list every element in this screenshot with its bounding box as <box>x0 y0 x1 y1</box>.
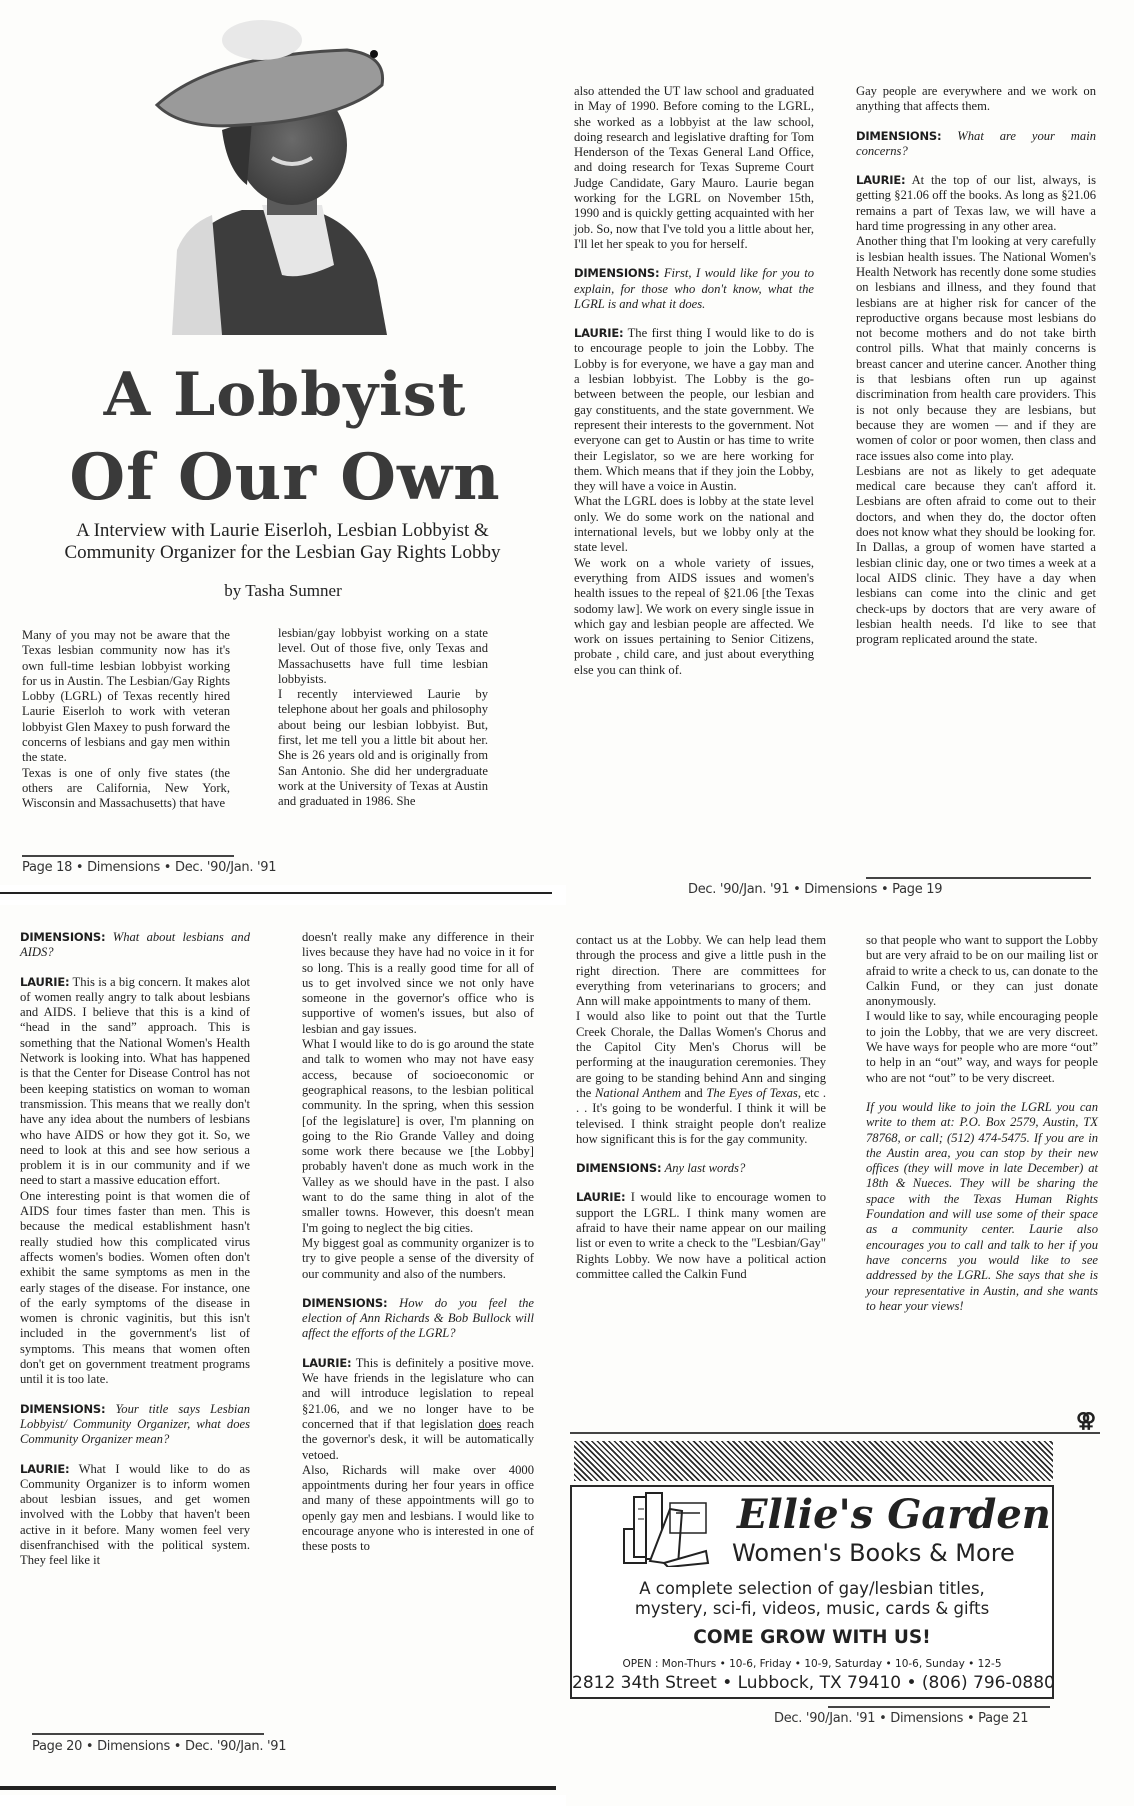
store-address: 2812 34th Street • Lubbock, TX 79410 • (… <box>572 1673 1052 1693</box>
song-title: The Eyes of Texas <box>706 1086 797 1100</box>
answer: LAURIE: This is definitely a positive mo… <box>302 1356 534 1463</box>
contact-note: If you would like to join the LGRL you c… <box>866 1100 1098 1314</box>
question: DIMENSIONS: What are your main concerns? <box>856 129 1096 160</box>
ellies-garden-ad: Ellie's Garden Women's Books & More A co… <box>570 1485 1054 1699</box>
speaker-label: DIMENSIONS: <box>20 1402 105 1416</box>
paragraph: What the LGRL does is lobby at the state… <box>574 494 814 555</box>
paragraph: also attended the UT law school and grad… <box>574 84 814 252</box>
answer: LAURIE: This is a big concern. It makes … <box>20 975 250 1189</box>
paragraph: I would like to say, while encouraging p… <box>866 1009 1098 1085</box>
paragraph: contact us at the Lobby. We can help lea… <box>576 933 826 1009</box>
paragraph: My biggest goal as community organizer i… <box>302 1236 534 1282</box>
paragraph: Many of you may not be aware that the Te… <box>22 628 230 766</box>
books-illustration-icon <box>620 1489 710 1567</box>
paragraph: Lesbians are not as likely to get adequa… <box>856 464 1096 540</box>
column-1: also attended the UT law school and grad… <box>574 84 814 678</box>
question-text: Any last words? <box>665 1161 746 1175</box>
paragraph: What I would like to do is go around the… <box>302 1037 534 1236</box>
answer: LAURIE: I would like to encourage women … <box>576 1190 826 1282</box>
paragraph: doesn't really make any difference in th… <box>302 930 534 1037</box>
byline: by Tasha Sumner <box>0 581 566 601</box>
article-title-line1: A Lobbyist <box>20 360 550 430</box>
column-2: lesbian/gay lobbyist working on a state … <box>278 626 488 810</box>
speaker-label: DIMENSIONS: <box>574 266 659 280</box>
column-2: so that people who want to support the L… <box>866 933 1098 1314</box>
paragraph: Also, Richards will make over 4000 appoi… <box>302 1463 534 1555</box>
description-line: mystery, sci-fi, videos, music, cards & … <box>572 1599 1052 1619</box>
speaker-label: DIMENSIONS: <box>20 930 105 944</box>
footer-rule <box>32 1733 264 1735</box>
female-symbol-icon: ⚢ <box>1076 1408 1096 1433</box>
article-title-line2: Of Our Own <box>10 440 560 516</box>
paragraph: lesbian/gay lobbyist working on a state … <box>278 626 488 687</box>
store-hours: OPEN : Mon-Thurs • 10-6, Friday • 10-9, … <box>572 1658 1052 1670</box>
column-2: doesn't really make any difference in th… <box>302 930 534 1555</box>
page-18: A Lobbyist Of Our Own A Interview with L… <box>0 0 566 885</box>
paragraph: I would also like to point out that the … <box>576 1009 826 1147</box>
column-2: Gay people are everywhere and we work on… <box>856 84 1096 647</box>
answer: LAURIE: The first thing I would like to … <box>574 326 814 494</box>
page-divider <box>0 1786 556 1790</box>
call-to-action: COME GROW WITH US! <box>572 1627 1052 1648</box>
paragraph: I recently interviewed Laurie by telepho… <box>278 687 488 809</box>
question: DIMENSIONS: What about lesbians and AIDS… <box>20 930 250 961</box>
song-title: National Anthem <box>595 1086 681 1100</box>
paragraph: Gay people are everywhere and we work on… <box>856 84 1096 115</box>
paragraph: so that people who want to support the L… <box>866 933 1098 1009</box>
portrait-photo-icon <box>152 10 402 335</box>
paragraph: Another thing that I'm looking at very c… <box>856 234 1096 463</box>
page-footer: Dec. '90/Jan. '91 • Dimensions • Page 19 <box>688 882 942 897</box>
footer-rule <box>22 855 234 857</box>
speaker-label: LAURIE: <box>856 173 905 187</box>
column-1: contact us at the Lobby. We can help lea… <box>576 933 826 1282</box>
store-name: Ellie's Garden <box>737 1491 1051 1538</box>
speaker-label: LAURIE: <box>576 1190 625 1204</box>
speaker-label: DIMENSIONS: <box>856 129 941 143</box>
footer-rule <box>866 877 1091 879</box>
description-line: A complete selection of gay/lesbian titl… <box>572 1579 1052 1599</box>
store-tagline: Women's Books & More <box>732 1539 1015 1567</box>
speaker-label: LAURIE: <box>574 326 623 340</box>
answer-text: What I would like to do as Community Org… <box>20 1462 250 1568</box>
answer-text: The first thing I would like to do is to… <box>574 326 814 493</box>
speaker-label: DIMENSIONS: <box>576 1161 661 1175</box>
page-footer: Dec. '90/Jan. '91 • Dimensions • Page 21 <box>774 1711 1028 1726</box>
paragraph: Texas is one of only five states (the ot… <box>22 766 230 812</box>
question: DIMENSIONS: How do you feel the election… <box>302 1296 534 1342</box>
footer-rule <box>828 1706 1050 1708</box>
column-1: Many of you may not be aware that the Te… <box>22 628 230 812</box>
section-rule <box>570 1432 1100 1434</box>
portrait-photo <box>152 10 402 335</box>
page-footer: Page 18 • Dimensions • Dec. '90/Jan. '91 <box>22 860 276 875</box>
paragraph: We work on a whole variety of issues, ev… <box>574 556 814 678</box>
speaker-label: DIMENSIONS: <box>302 1296 387 1310</box>
page-footer: Page 20 • Dimensions • Dec. '90/Jan. '91 <box>32 1739 286 1754</box>
question: DIMENSIONS: Any last words? <box>576 1161 826 1176</box>
page-20: DIMENSIONS: What about lesbians and AIDS… <box>0 905 566 1795</box>
answer-text: This is a big concern. It makes alot of … <box>20 975 250 1188</box>
question: DIMENSIONS: First, I would like for you … <box>574 266 814 312</box>
emphasis-underline: does <box>478 1417 501 1431</box>
paragraph-text: and <box>685 1086 703 1100</box>
page-19: also attended the UT law school and grad… <box>566 0 1134 905</box>
question: DIMENSIONS: Your title says Lesbian Lobb… <box>20 1402 250 1448</box>
subtitle-line2: Community Organizer for the Lesbian Gay … <box>10 542 555 564</box>
speaker-label: LAURIE: <box>20 975 69 989</box>
speaker-label: LAURIE: <box>20 1462 69 1476</box>
page-divider <box>0 892 552 894</box>
paragraph: One interesting point is that women die … <box>20 1189 250 1388</box>
store-description: A complete selection of gay/lesbian titl… <box>572 1579 1052 1619</box>
column-1: DIMENSIONS: What about lesbians and AIDS… <box>20 930 250 1569</box>
paragraph: In Dallas, a group of women have started… <box>856 540 1096 647</box>
hatched-banner <box>574 1441 1053 1481</box>
subtitle-line1: A Interview with Laurie Eiserloh, Lesbia… <box>10 520 555 542</box>
article-subtitle: A Interview with Laurie Eiserloh, Lesbia… <box>10 520 555 564</box>
answer: LAURIE: What I would like to do as Commu… <box>20 1462 250 1569</box>
speaker-label: LAURIE: <box>302 1356 351 1370</box>
answer: LAURIE: At the top of our list, always, … <box>856 173 1096 234</box>
page-21: contact us at the Lobby. We can help lea… <box>566 905 1134 1806</box>
